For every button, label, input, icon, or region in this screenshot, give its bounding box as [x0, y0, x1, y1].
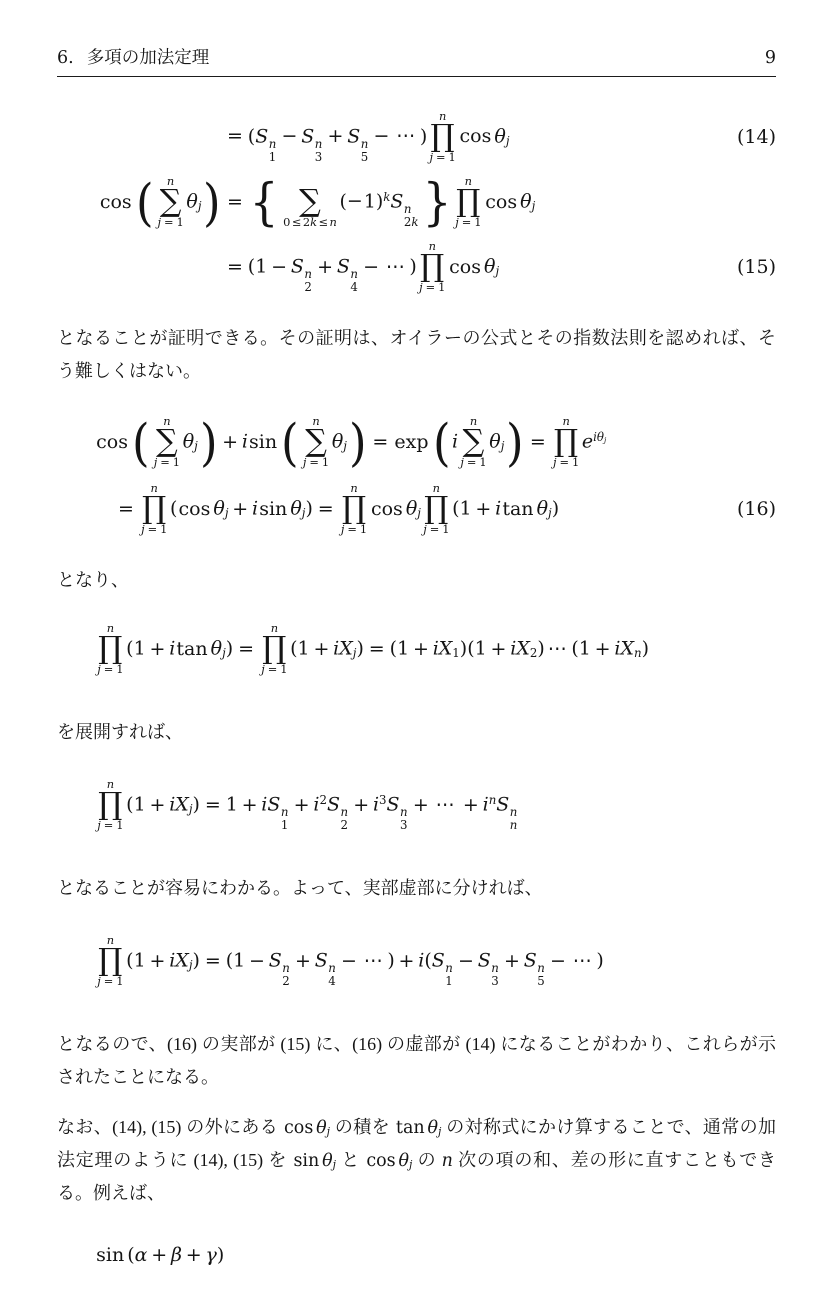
equation-row: =(1−Sn2+Sn4−⋯)n∏j=1cosθj(15)	[95, 241, 776, 294]
equation-tag: (14)	[737, 126, 776, 150]
equation-row: n∏j=1(1+iXj)=(1−Sn2+Sn4−⋯)+i(Sn1−Sn3+Sn5…	[95, 935, 776, 988]
equation-tag: (16)	[737, 498, 776, 522]
equation-block-14-15: =(Sn1−Sn3+Sn5−⋯)n∏j=1cosθj(14)cos(n∑j=1θ…	[95, 111, 776, 294]
equation-rhs: =(1−Sn2+Sn4−⋯)n∏j=1cosθj	[222, 241, 499, 294]
equation-sin-abc: sin(α+β+γ)	[95, 1244, 776, 1268]
equation-rhs: =n∏j=1(cosθj+isinθj)=n∏j=1cosθjn∏j=1(1+i…	[113, 483, 559, 536]
inline-math: cosθj	[283, 1118, 330, 1138]
paragraph-proof-remark: となることが証明できる。その証明は、オイラーの公式とその指数法則を認めれば、そう…	[57, 322, 776, 388]
equation-rhs: cos(n∑j=1θj)+isin(n∑j=1θj)=exp(in∑j=1θj)…	[95, 416, 606, 469]
equation-rhs: n∏j=1(1+iXj)=1+iSn1+i2Sn2+i3Sn3+⋯+inSnn	[95, 779, 519, 832]
equation-rhs: n∏j=1(1+itanθj)=n∏j=1(1+iXj)=(1+iX1)(1+i…	[95, 623, 649, 676]
paragraph-expand: を展開すれば、	[57, 716, 776, 749]
equation-rhs: n∏j=1(1+iXj)=(1−Sn2+Sn4−⋯)+i(Sn1−Sn3+Sn5…	[95, 935, 604, 988]
equation-row: sin(α+β+γ)	[95, 1244, 776, 1268]
document-page: 6. 多項の加法定理 9 =(Sn1−Sn3+Sn5−⋯)n∏j=1cosθj(…	[0, 0, 833, 1308]
equation-row: n∏j=1(1+itanθj)=n∏j=1(1+iXj)=(1+iX1)(1+i…	[95, 623, 776, 676]
equation-product-expansion: n∏j=1(1+itanθj)=n∏j=1(1+iXj)=(1+iX1)(1+i…	[95, 623, 776, 676]
inline-math: sinθj	[292, 1151, 336, 1171]
equation-power-series: n∏j=1(1+iXj)=1+iSn1+i2Sn2+i3Sn3+⋯+inSnn	[95, 779, 776, 832]
equation-row: =n∏j=1(cosθj+isinθj)=n∏j=1cosθjn∏j=1(1+i…	[113, 483, 776, 536]
equation-rhs: sin(α+β+γ)	[95, 1244, 224, 1268]
equation-lhs: cos(n∑j=1θj)	[95, 176, 222, 229]
equation-rhs: =(Sn1−Sn3+Sn5−⋯)n∏j=1cosθj	[222, 111, 510, 164]
inline-math: tanθj	[395, 1118, 442, 1138]
inline-math: n	[442, 1151, 453, 1171]
paragraph-tonari: となり、	[57, 564, 776, 597]
section-title: 多項の加法定理	[87, 44, 210, 69]
equation-row: cos(n∑j=1θj)+isin(n∑j=1θj)=exp(in∑j=1θj)…	[95, 416, 776, 469]
page-header: 6. 多項の加法定理 9	[57, 44, 776, 77]
equation-row: =(Sn1−Sn3+Sn5−⋯)n∏j=1cosθj(14)	[95, 111, 776, 164]
section-number: 6.	[57, 48, 74, 68]
page-number: 9	[765, 48, 776, 68]
equation-row: n∏j=1(1+iXj)=1+iSn1+i2Sn2+i3Sn3+⋯+inSnn	[95, 779, 776, 832]
paragraph-conclusion: となるので、(16) の実部が (15) に、(16) の虚部が (14) にな…	[57, 1028, 776, 1094]
paragraph-note: なお、(14), (15) の外にある cosθj の積を tanθj の対称式…	[57, 1111, 776, 1210]
paragraph-easy: となることが容易にわかる。よって、実部虚部に分ければ、	[57, 872, 776, 905]
equation-row: cos(n∑j=1θj)={​∑0≤2k≤n(−1)kSn2k}n∏j=1cos…	[95, 176, 776, 229]
equation-rhs: ={​∑0≤2k≤n(−1)kSn2k}n∏j=1cosθj	[222, 176, 535, 229]
equation-block-16: cos(n∑j=1θj)+isin(n∑j=1θj)=exp(in∑j=1θj)…	[95, 416, 776, 536]
equation-re-im: n∏j=1(1+iXj)=(1−Sn2+Sn4−⋯)+i(Sn1−Sn3+Sn5…	[95, 935, 776, 988]
equation-tag: (15)	[737, 256, 776, 280]
inline-math: cosθj	[365, 1151, 412, 1171]
